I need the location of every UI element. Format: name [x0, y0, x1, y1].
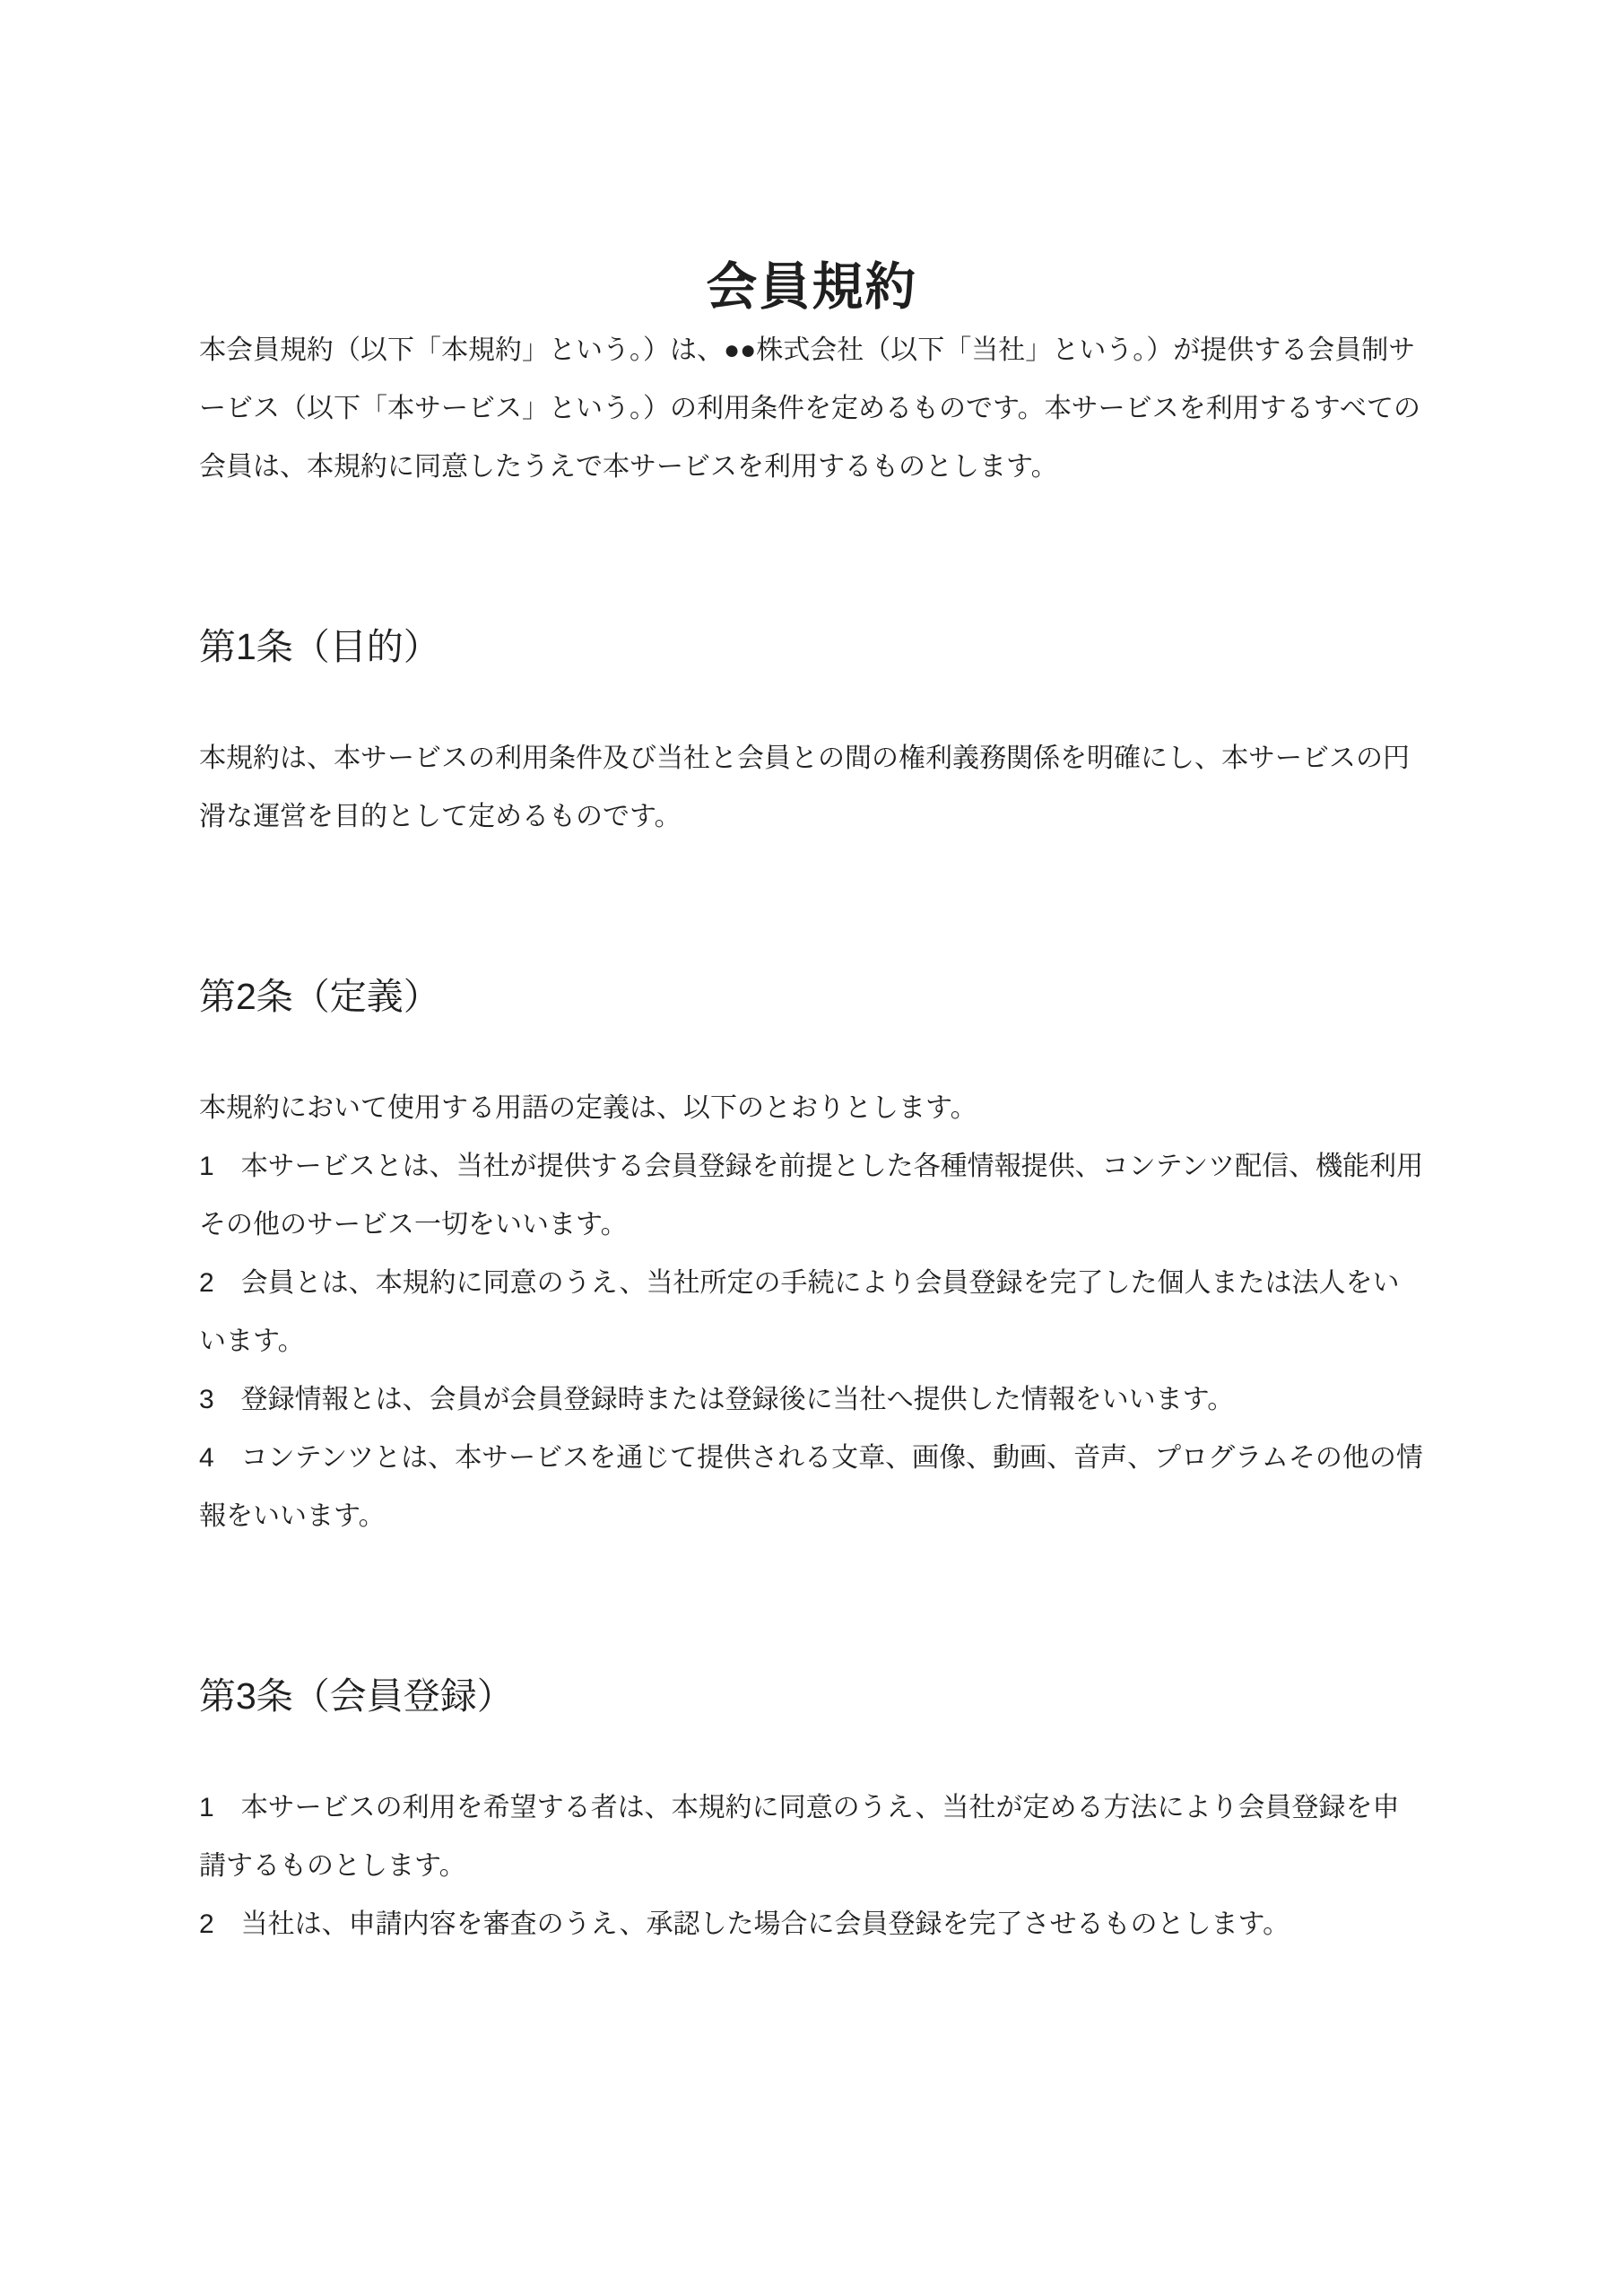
numbered-item: 2 会員とは、本規約に同意のうえ、当社所定の手続により会員登録を完了した個人また… — [199, 1254, 1425, 1370]
numbered-item: 1 本サービスとは、当社が提供する会員登録を前提とした各種情報提供、コンテンツ配… — [199, 1137, 1425, 1254]
section-definitions: 第2条（定義） 本規約において使用する用語の定義は、以下のとおりとします。 1 … — [199, 970, 1425, 1545]
section-heading-purpose: 第1条（目的） — [199, 620, 1425, 674]
numbered-item: 4 コンテンツとは、本サービスを通じて提供される文章、画像、動画、音声、プログラ… — [199, 1429, 1425, 1545]
paragraph: 本規約は、本サービスの利用条件及び当社と会員との間の権利義務関係を明確にし、本サ… — [199, 729, 1425, 846]
section-registration: 第3条（会員登録） 1 本サービスの利用を希望する者は、本規約に同意のうえ、当社… — [199, 1669, 1425, 1953]
document-page: 会員規約 本会員規約（以下「本規約」という。）は、●●株式会社（以下「当社」とい… — [0, 0, 1624, 2296]
section-heading-definitions: 第2条（定義） — [199, 970, 1425, 1023]
section-purpose: 第1条（目的） 本規約は、本サービスの利用条件及び当社と会員との間の権利義務関係… — [199, 620, 1425, 846]
numbered-item: 3 登録情報とは、会員が会員登録時または登録後に当社へ提供した情報をいいます。 — [199, 1370, 1425, 1429]
numbered-item: 2 当社は、申請内容を審査のうえ、承認した場合に会員登録を完了させるものとします… — [199, 1895, 1425, 1953]
section-heading-registration: 第3条（会員登録） — [199, 1669, 1425, 1723]
intro-paragraph: 本会員規約（以下「本規約」という。）は、●●株式会社（以下「当社」という。）が提… — [199, 321, 1425, 496]
numbered-item: 1 本サービスの利用を希望する者は、本規約に同意のうえ、当社が定める方法により会… — [199, 1779, 1425, 1895]
paragraph: 本規約において使用する用語の定義は、以下のとおりとします。 — [199, 1079, 1425, 1137]
document-title: 会員規約 — [199, 0, 1425, 321]
